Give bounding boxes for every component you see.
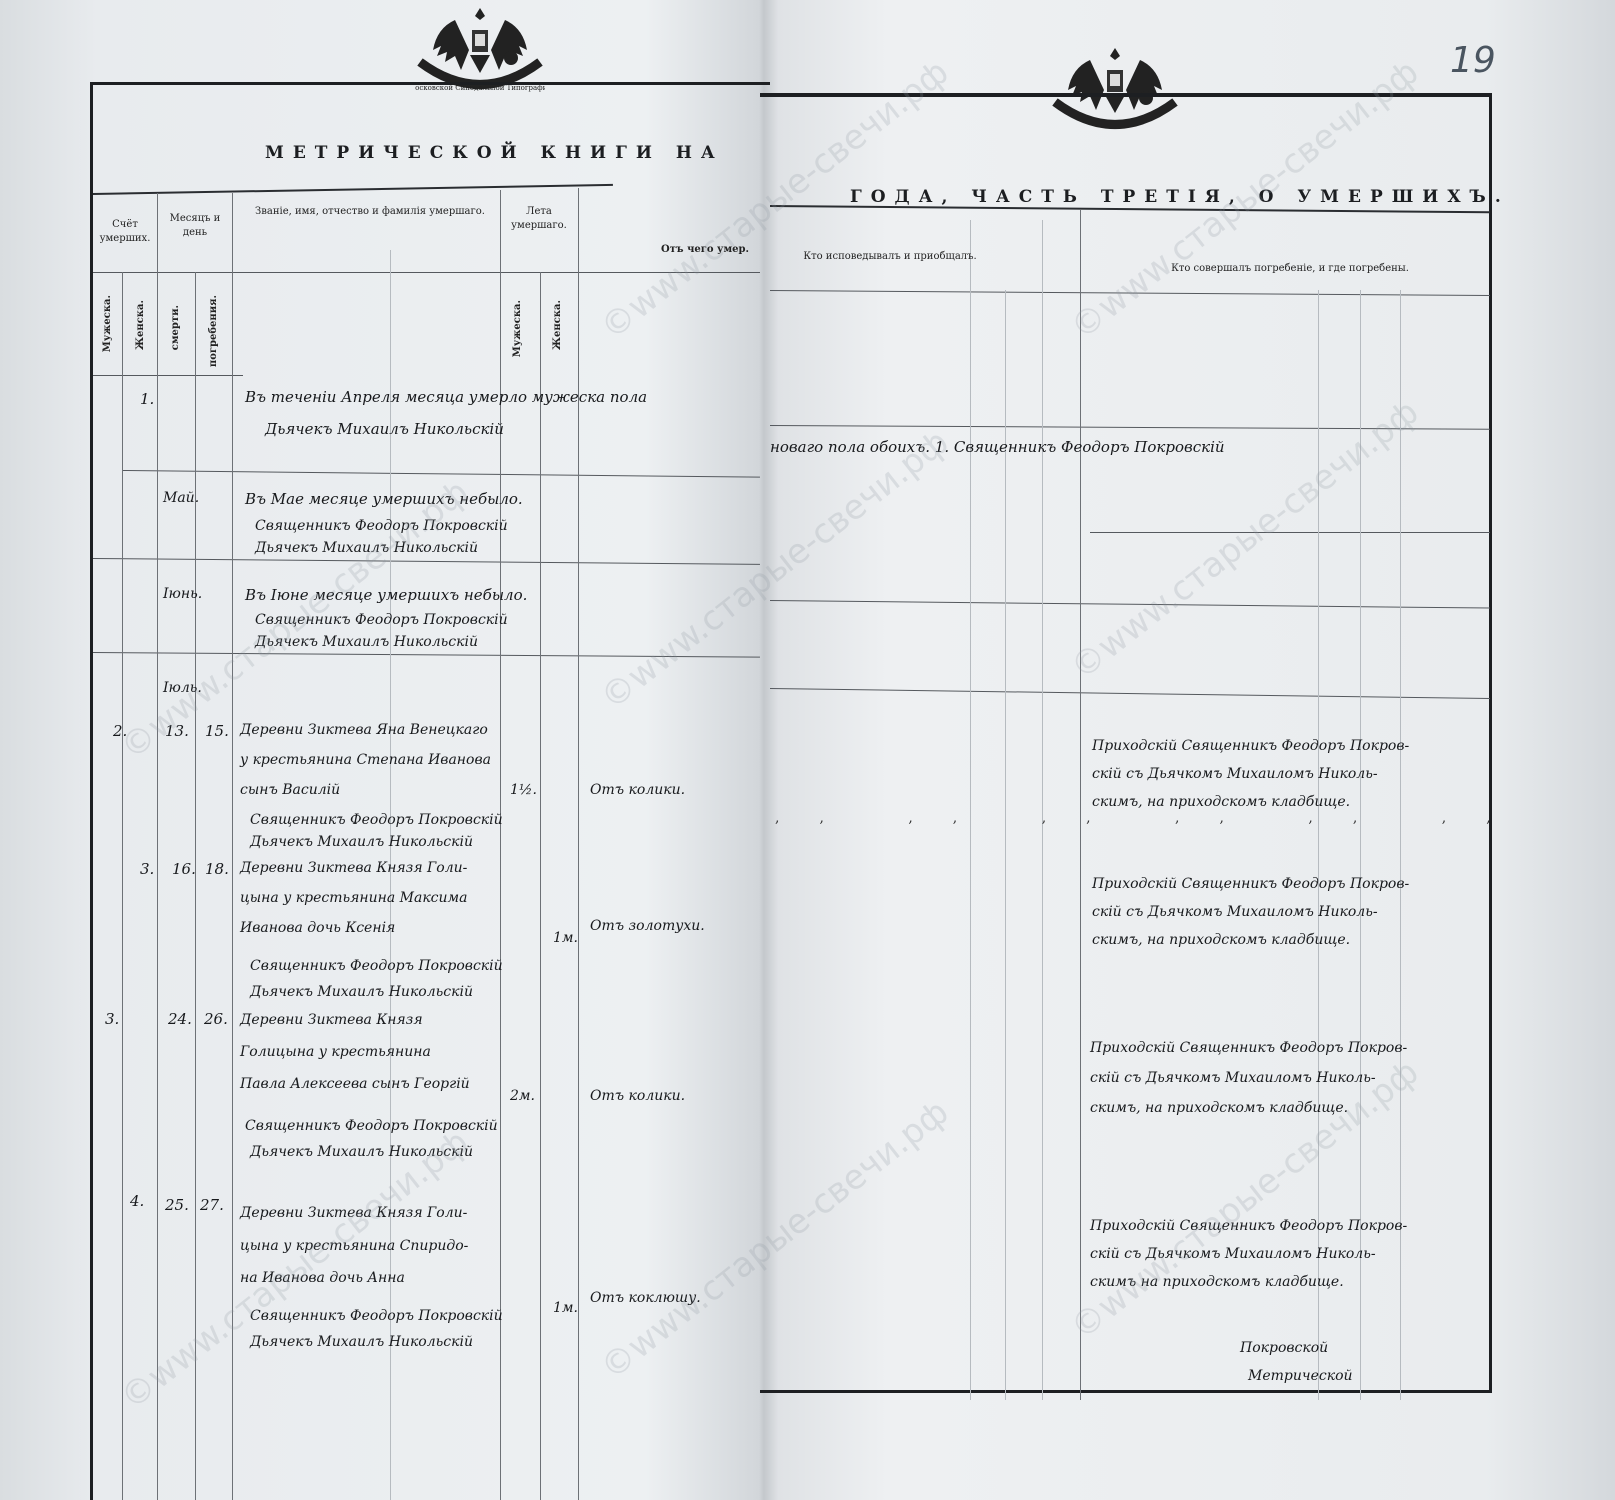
- entry-burial-day: 18.: [205, 860, 229, 878]
- entry-burial-by-line: Приходскій Священникъ Феодоръ Покров-: [1092, 738, 1409, 754]
- header-age: Лета умершаго.: [500, 205, 578, 233]
- header-cause: Отъ чего умер.: [650, 243, 760, 257]
- entry-burial-by-line: скимъ, на приходскомъ кладбище.: [1090, 1100, 1348, 1116]
- entry-burial-by-line: Приходскій Священникъ Феодоръ Покров-: [1090, 1040, 1407, 1056]
- double-headed-eagle-icon: Московской Синодальной Типографии: [415, 0, 545, 95]
- entry-text-line: Павла Алексеева сынъ Георгій: [240, 1076, 470, 1092]
- header-bottom-rule: [93, 375, 243, 376]
- header-name: Званіе, имя, отчество и фамилія умершаго…: [250, 205, 490, 219]
- entry-text-line: Дьячекъ Михаилъ Никольскій: [255, 540, 478, 556]
- entry-text-line: Дьячекъ Михаилъ Никольскій: [250, 1144, 473, 1160]
- entry-count: 3.: [105, 1010, 119, 1028]
- entry-burial-by-line: скимъ, на приходскомъ кладбище.: [1092, 932, 1350, 948]
- entry-cause: Отъ золотухи.: [590, 918, 705, 934]
- col-rule: [195, 272, 196, 1500]
- header-count-male: Мужеска.: [102, 295, 113, 352]
- entry-death-day: 13.: [165, 722, 189, 740]
- entry-cause: Отъ коклюшу.: [590, 1290, 701, 1306]
- entry-text-line: Деревни Зиктева Князя: [240, 1012, 423, 1028]
- col-rule: [122, 272, 123, 1500]
- entry-text-line: Дьячекъ Михаилъ Никольскій: [250, 834, 473, 850]
- header-confessor: Кто исповедывалъ и приобщалъ.: [790, 250, 990, 264]
- entry-count: 4.: [130, 1192, 144, 1210]
- signature-line: Покровской: [1240, 1340, 1328, 1356]
- entry-death-day: 24.: [168, 1010, 192, 1028]
- entry-burial-by-line: скій съ Дьячкомъ Михаиломъ Николь-: [1090, 1070, 1376, 1086]
- header-age-female: Женска.: [552, 300, 563, 350]
- header-count: Счёт умерших.: [95, 218, 155, 246]
- entry-text-line: Священникъ Феодоръ Покровскій: [255, 518, 508, 534]
- col-rule: [157, 193, 158, 1500]
- entry-age: 2м.: [510, 1088, 535, 1104]
- book-spread: Московской Синодальной Типографии МЕТРИЧ…: [0, 0, 1615, 1500]
- col-rule: [232, 193, 233, 1500]
- entry-text-line: Голицына у крестьянина: [240, 1044, 431, 1060]
- row-divider: [1090, 532, 1490, 533]
- header-mid-rule: [93, 272, 760, 273]
- entry-text-line: Священникъ Феодоръ Покровскій: [250, 958, 503, 974]
- entry-month: Май.: [163, 490, 199, 506]
- entry-text-line: Священникъ Феодоръ Покровскій: [255, 612, 508, 628]
- entry-count: 2.: [113, 722, 127, 740]
- entry-text-line: Деревни Зиктева Князя Голи-: [240, 1205, 467, 1221]
- entry-text-line: Священникъ Феодоръ Покровскій: [250, 812, 503, 828]
- entry-burial-day: 27.: [200, 1196, 224, 1214]
- entry-text-line: Дьячекъ Михаилъ Никольскій: [250, 984, 473, 1000]
- col-rule: [1080, 210, 1081, 1400]
- entry-text-line: Дьячекъ Михаилъ Никольскій: [250, 1334, 473, 1350]
- col-rule: [540, 272, 541, 1500]
- entry-burial-by-line: скимъ на приходскомъ кладбище.: [1090, 1274, 1344, 1290]
- col-rule-faint: [1005, 290, 1006, 1400]
- header-burial-by: Кто совершалъ погребеніе, и где погребен…: [1140, 262, 1440, 276]
- entry-death-day: 25.: [165, 1196, 189, 1214]
- entry-age: 1½.: [510, 782, 537, 798]
- entry-burial-day: 15.: [205, 722, 229, 740]
- ditto-marks: ,, ,, ,, ,, ,, ,,: [775, 810, 1531, 826]
- entry-burial-by-line: скій съ Дьячкомъ Михаиломъ Николь-: [1092, 766, 1378, 782]
- entry-age: 1м.: [553, 930, 578, 946]
- entry-count: 3.: [140, 860, 154, 878]
- entry-text-line: на Иванова дочь Анна: [240, 1270, 405, 1286]
- left-page-title: МЕТРИЧЕСКОЙ КНИГИ НА: [265, 143, 724, 163]
- entry-text-line: Деревни Зиктева Яна Венецкаго: [240, 722, 488, 738]
- entry-age: 1м.: [553, 1300, 578, 1316]
- entry-cause: Отъ колики.: [590, 782, 685, 798]
- col-rule: [500, 190, 501, 1500]
- entry-text-line: сынъ Василій: [240, 782, 340, 798]
- entry-text-line: Священникъ Феодоръ Покровскій: [250, 1308, 503, 1324]
- left-page: Московской Синодальной Типографии МЕТРИЧ…: [0, 0, 770, 1500]
- entry-burial-by-line: скимъ, на приходскомъ кладбище.: [1092, 794, 1350, 810]
- entry-burial-day: 26.: [204, 1010, 228, 1028]
- header-month-day: Месяцъ и день: [160, 212, 230, 240]
- entry-burial-by-line: Приходскій Священникъ Феодоръ Покров-: [1092, 876, 1409, 892]
- entry-text-line: Дьячекъ Михаилъ Никольскій: [255, 634, 478, 650]
- header-death: смерти.: [170, 305, 181, 350]
- entry-text-line: Священникъ Феодоръ Покровскій: [245, 1118, 498, 1134]
- entry-text-line: Въ Мае месяце умершихъ небыло.: [245, 490, 523, 508]
- col-rule: [578, 188, 579, 1500]
- entry-text-line: Дьячекъ Михаилъ Никольскій: [265, 420, 504, 438]
- entry-month: Іюнь.: [163, 586, 202, 602]
- page-number: 19: [1450, 40, 1496, 81]
- entry-burial-by-line: скій съ Дьячкомъ Михаиломъ Николь-: [1092, 904, 1378, 920]
- entry-burial-by-line: скій съ Дьячкомъ Михаиломъ Николь-: [1090, 1246, 1376, 1262]
- entry-death-day: 16.: [172, 860, 196, 878]
- entry-text-line: у крестьянина Степана Иванова: [240, 752, 491, 768]
- header-age-male: Мужеска.: [512, 300, 523, 357]
- entry-count: 1.: [140, 390, 154, 408]
- entry-text-line: Иванова дочь Ксенія: [240, 920, 395, 936]
- entry-burial-by-line: Приходскій Священникъ Феодоръ Покров-: [1090, 1218, 1407, 1234]
- signature-line: Метрической: [1248, 1368, 1353, 1384]
- entry-text-line: Деревни Зиктева Князя Голи-: [240, 860, 467, 876]
- entry-month: Іюль.: [163, 680, 202, 696]
- entry-text-line: Въ Іюне месяце умершихъ небыло.: [245, 586, 527, 604]
- right-page-title: ГОДА, ЧАСТЬ ТРЕТІЯ, О УМЕРШИХЪ.: [850, 187, 1510, 207]
- header-count-female: Женска.: [135, 300, 146, 350]
- entry-text-line: цына у крестьянина Максима: [240, 890, 468, 906]
- entry-cause: Отъ колики.: [590, 1088, 685, 1104]
- entry-confessor: новаго пола обоихъ. 1. Священникъ Феодор…: [770, 438, 1225, 456]
- header-burial: погребения.: [208, 295, 219, 367]
- entry-text-line: цына у крестьянина Спиридо-: [240, 1238, 468, 1254]
- right-page: 19 ГОДА, ЧАСТЬ ТРЕТІЯ, О УМЕРШИХЪ. Кто и…: [770, 0, 1615, 1500]
- entry-text-line: Въ теченіи Апреля месяца умерло мужеска …: [245, 388, 647, 406]
